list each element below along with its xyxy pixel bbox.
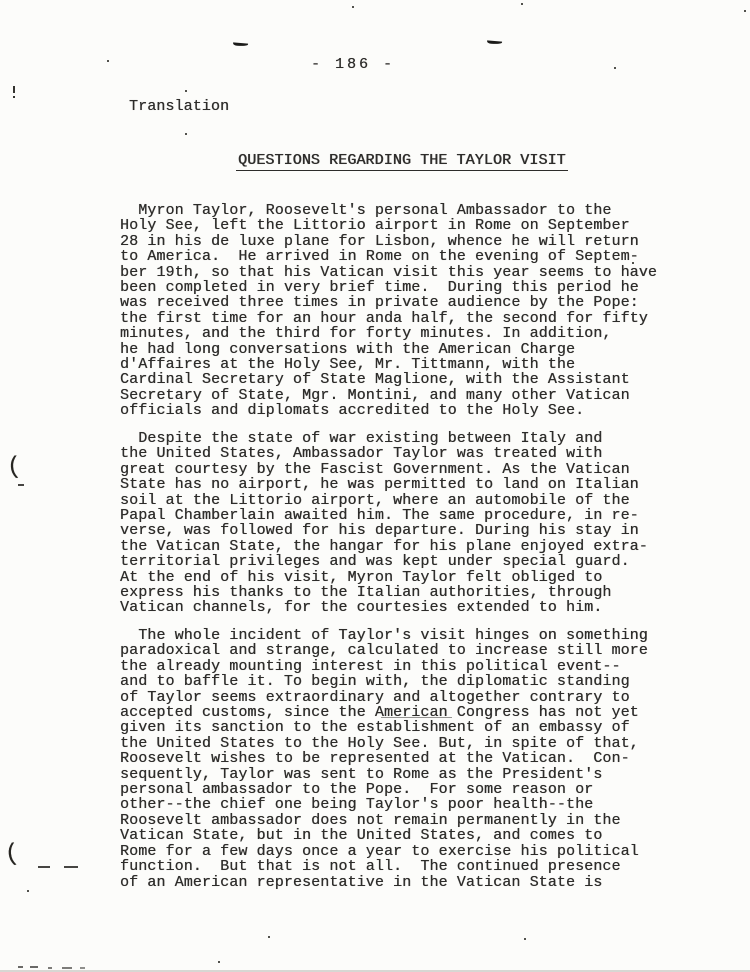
document-page: - 186 - Translation QUESTIONS REGARDING … [0, 0, 750, 972]
document-title: QUESTIONS REGARDING THE TAYLOR VISIT [236, 153, 568, 171]
scan-artifact-exclaim-mark [13, 86, 15, 93]
scan-speck [744, 10, 746, 12]
paragraph-1: Myron Taylor, Roosevelt's personal Ambas… [120, 203, 680, 419]
scan-speck [30, 966, 38, 968]
scan-speck [614, 67, 616, 69]
scan-artifact-dash [38, 866, 50, 868]
scan-artifact-paren-mark: ( [6, 456, 22, 481]
scan-speck [268, 936, 270, 938]
scan-artifact-underline [381, 717, 452, 718]
scan-speck [218, 961, 220, 963]
scan-speck [352, 6, 354, 8]
scan-speck [185, 90, 187, 92]
paragraph-3: The whole incident of Taylor's visit hin… [120, 628, 680, 890]
scan-speck [62, 967, 72, 969]
scan-artifact-paren-mark: ( [4, 842, 21, 867]
scan-speck [18, 966, 23, 968]
scan-speck [632, 262, 634, 264]
scan-speck [27, 890, 29, 892]
scan-artifact-dash [64, 866, 78, 868]
scan-artifact-dash [18, 484, 24, 486]
scan-speck [107, 60, 109, 62]
scan-artifact-smudge [233, 42, 248, 46]
translation-label: Translation [129, 99, 229, 114]
paragraph-2: Despite the state of war existing betwee… [120, 431, 680, 616]
scan-speck [185, 133, 187, 135]
scan-artifact-smudge [487, 40, 502, 44]
scan-speck [521, 3, 523, 5]
scan-speck [80, 967, 85, 969]
scan-speck [524, 938, 526, 940]
scan-speck [48, 967, 52, 969]
page-number: - 186 - [311, 57, 395, 72]
